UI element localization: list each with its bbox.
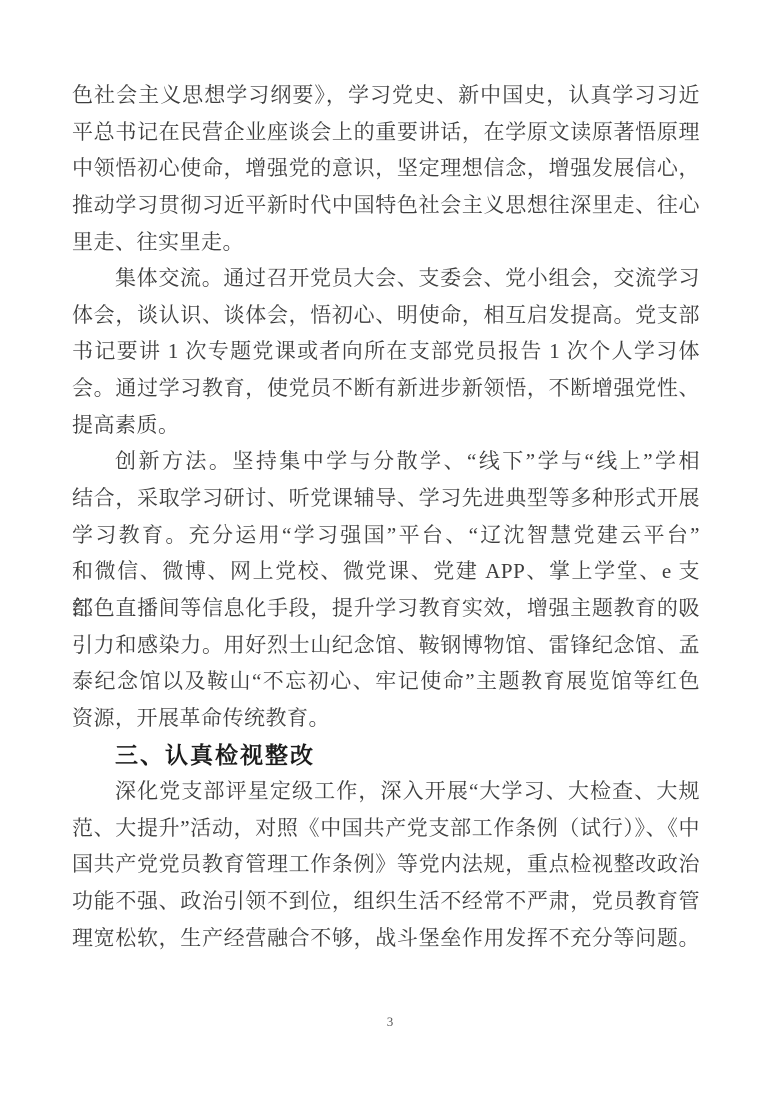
text-line: 会。通过学习教育，使党员不断有新进步新领悟，不断增强党性、 [72, 370, 700, 407]
text-line: 集体交流。通过召开党员大会、支委会、党小组会，交流学习 [72, 260, 700, 297]
page-number: 3 [0, 1014, 780, 1030]
text-line: 资源，开展革命传统教育。 [72, 700, 700, 737]
text-line: 提高素质。 [72, 407, 700, 444]
text-line: 色社会主义思想学习纲要》，学习党史、新中国史，认真学习习近 [72, 77, 700, 114]
section-heading: 三、认真检视整改 [72, 737, 700, 774]
text-line: 国共产党党员教育管理工作条例》等党内法规，重点检视整改政治 [72, 846, 700, 883]
text-line: 推动学习贯彻习近平新时代中国特色社会主义思想往深里走、往心 [72, 187, 700, 224]
document-page: 色社会主义思想学习纲要》，学习党史、新中国史，认真学习习近平总书记在民营企业座谈… [0, 0, 780, 1103]
text-line: 平总书记在民营企业座谈会上的重要讲话，在学原文读原著悟原理 [72, 114, 700, 151]
text-line: 中领悟初心使命，增强党的意识，坚定理想信念，增强发展信心， [72, 150, 700, 187]
text-line: 和微信、微博、网上党校、微党课、党建 APP、掌上学堂、e 支部、 [72, 553, 700, 590]
text-block: 色社会主义思想学习纲要》，学习党史、新中国史，认真学习习近平总书记在民营企业座谈… [72, 77, 700, 956]
text-line: 范、大提升”活动，对照《中国共产党支部工作条例（试行）》、《中 [72, 810, 700, 847]
text-line: 学习教育。充分运用“学习强国”平台、“辽沈智慧党建云平台” [72, 517, 700, 554]
text-line: 红色直播间等信息化手段，提升学习教育实效，增强主题教育的吸 [72, 590, 700, 627]
text-line: 引力和感染力。用好烈士山纪念馆、鞍钢博物馆、雷锋纪念馆、孟 [72, 627, 700, 664]
text-line: 结合，采取学习研讨、听党课辅导、学习先进典型等多种形式开展 [72, 480, 700, 517]
text-line: 里走、往实里走。 [72, 224, 700, 261]
text-line: 创新方法。坚持集中学与分散学、“线下”学与“线上”学相 [72, 443, 700, 480]
text-line: 深化党支部评星定级工作，深入开展“大学习、大检查、大规 [72, 773, 700, 810]
text-line: 理宽松软，生产经营融合不够，战斗堡垒作用发挥不充分等问题。 [72, 920, 700, 957]
text-line: 体会，谈认识、谈体会，悟初心、明使命，相互启发提高。党支部 [72, 297, 700, 334]
text-line: 功能不强、政治引领不到位，组织生活不经常不严肃，党员教育管 [72, 883, 700, 920]
text-line: 书记要讲 1 次专题党课或者向所在支部党员报告 1 次个人学习体 [72, 333, 700, 370]
text-line: 泰纪念馆以及鞍山“不忘初心、牢记使命”主题教育展览馆等红色 [72, 663, 700, 700]
